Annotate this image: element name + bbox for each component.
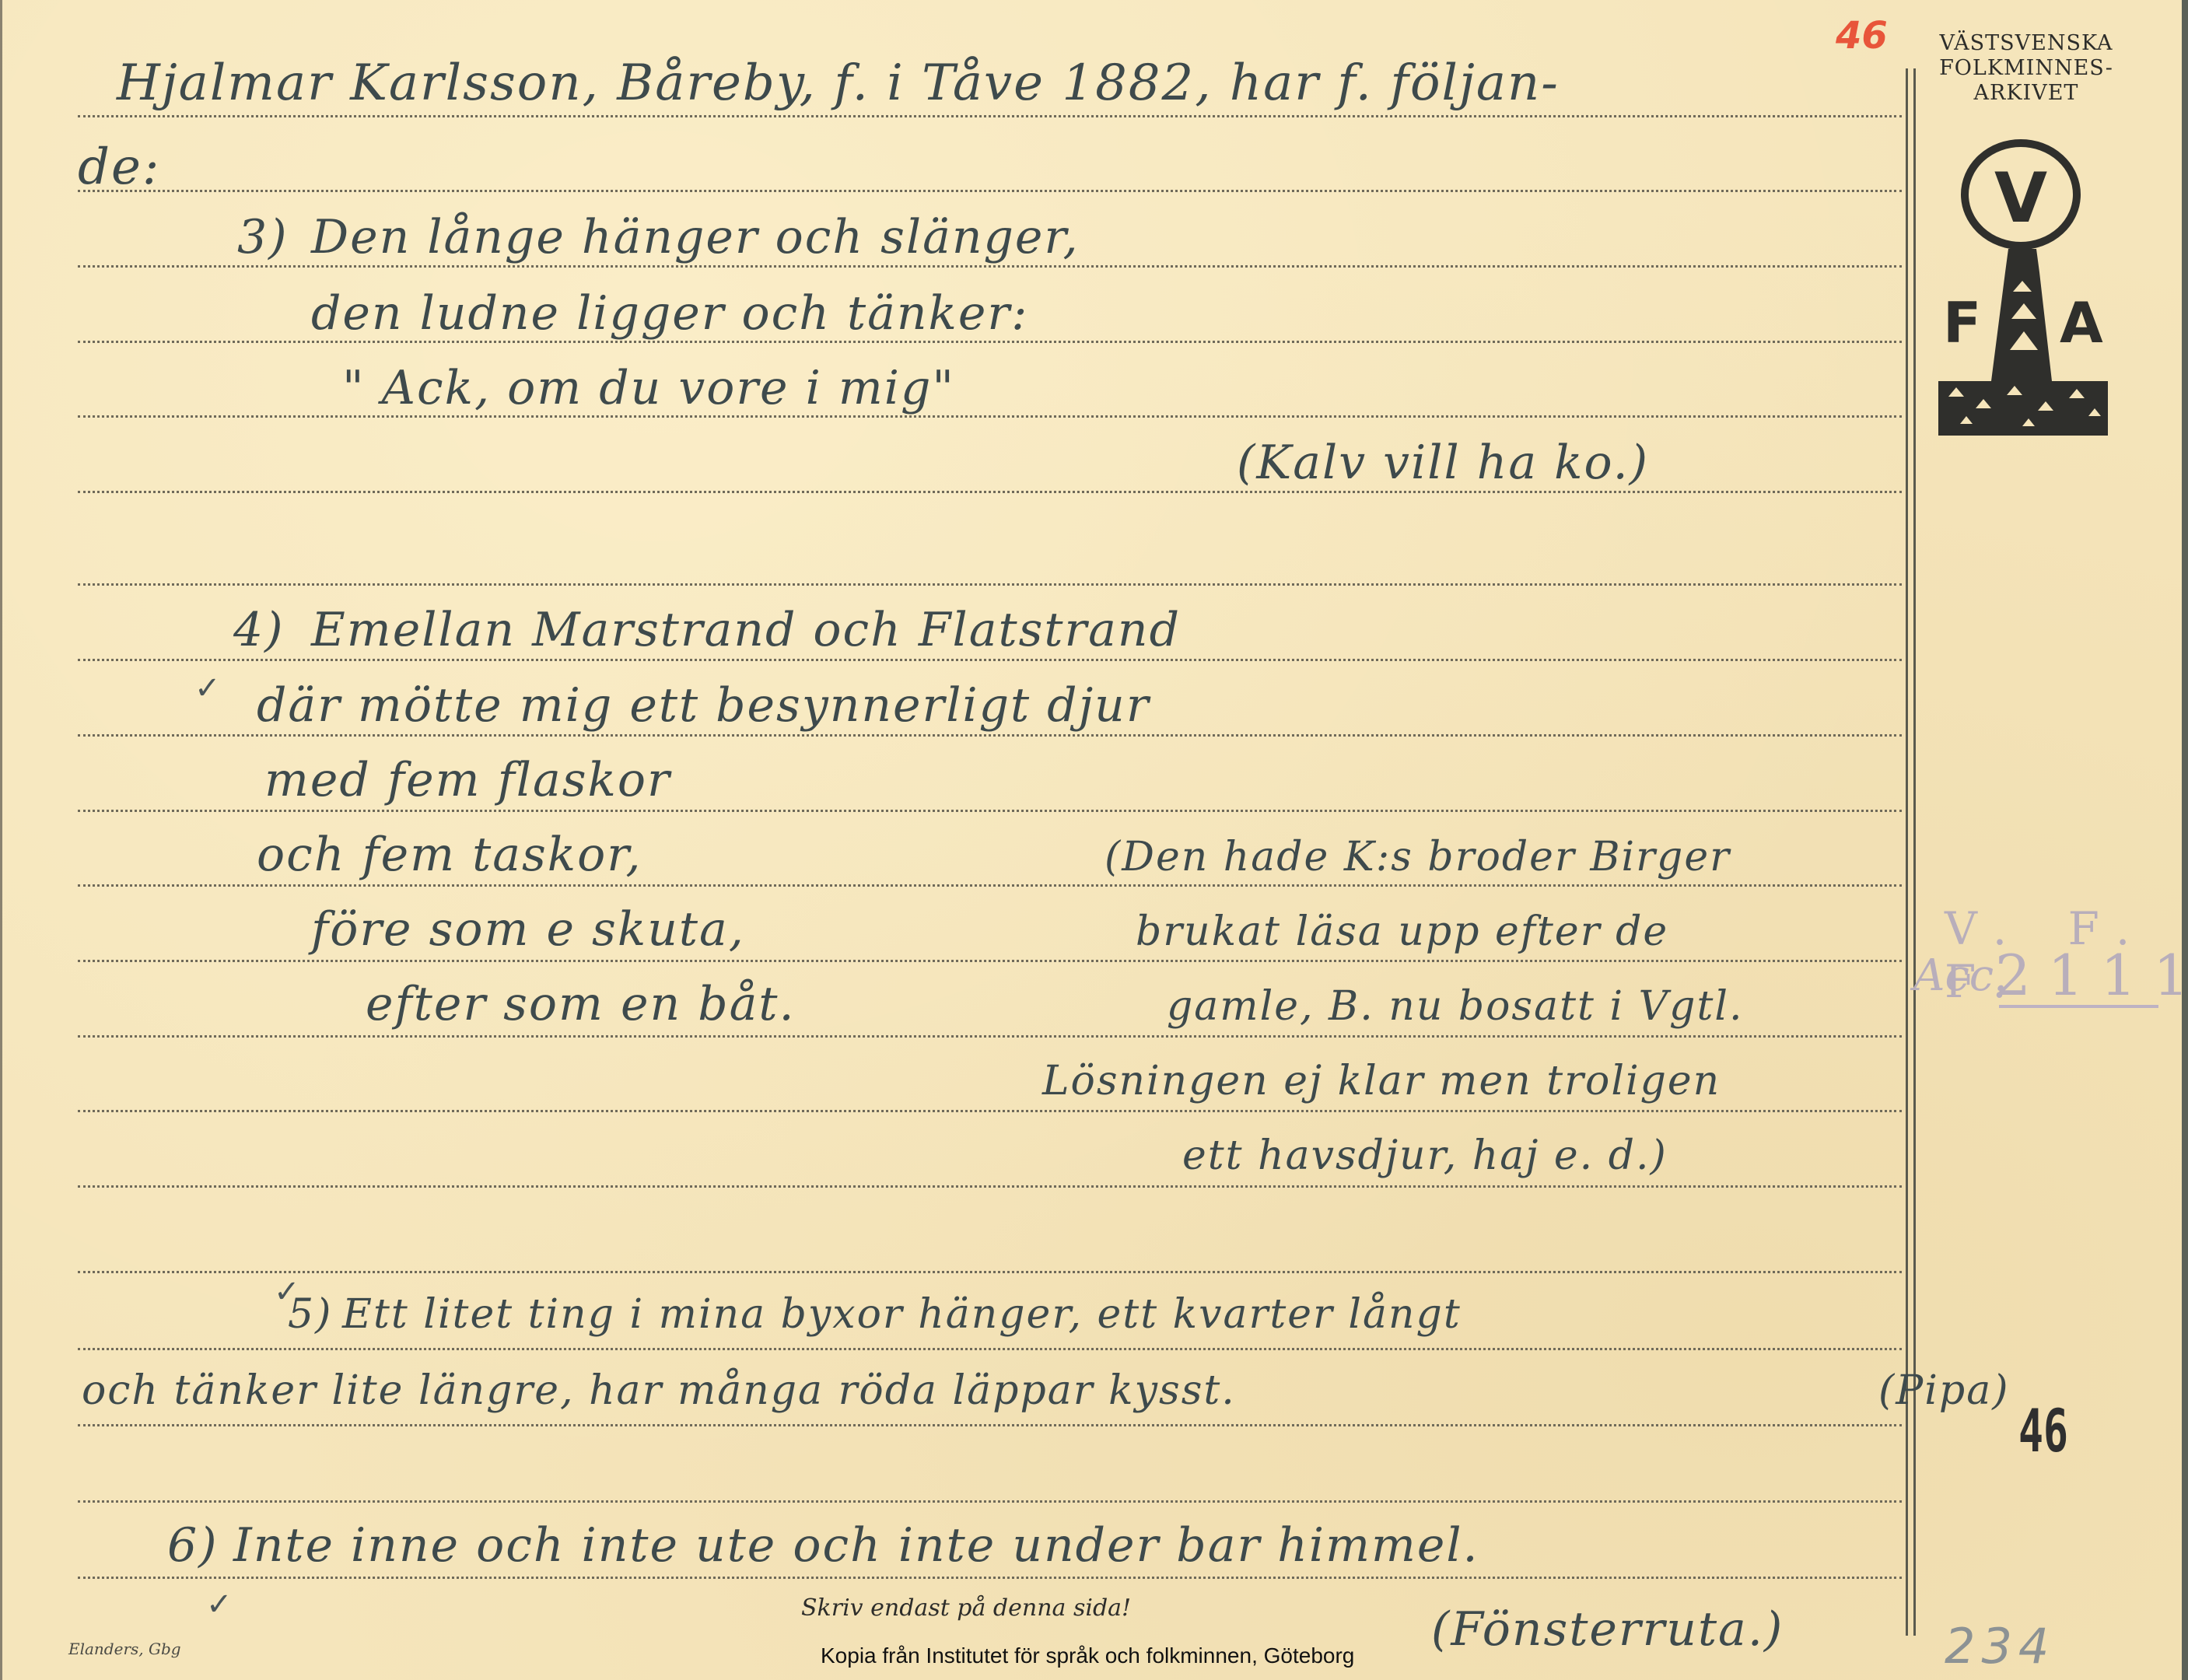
scan-edge-right <box>2182 0 2188 1680</box>
ruled-line <box>78 810 1902 812</box>
copy-notice: Kopia från Institutet för språk och folk… <box>821 1643 1354 1668</box>
entry-4-line: Emellan Marstrand och Flatstrand <box>311 603 1181 657</box>
stamp-underline <box>1999 1005 2158 1008</box>
archive-title-line: VÄSTSVENSKA <box>1929 31 2123 56</box>
stamp-prefix: Acc. <box>1913 950 2008 1001</box>
entry-4-note-line: (Den hade K:s broder Birger <box>1105 834 1731 880</box>
informant-line: Hjalmar Karlsson, Båreby, f. i Tåve 1882… <box>117 54 1560 112</box>
entry-3-line: " Ack, om du vore i mig" <box>342 361 955 415</box>
entry-4-note-line: ett havsdjur, haj e. d.) <box>1182 1132 1668 1179</box>
ruled-line <box>78 491 1902 493</box>
ruled-line <box>78 1500 1902 1503</box>
entry-4-line: före som e skuta, <box>311 902 745 957</box>
ruled-line <box>78 1424 1902 1426</box>
ruled-line <box>78 960 1902 962</box>
entry-3-line: Den långe hänger och slänger, <box>311 210 1080 264</box>
entry-3-number: 3) <box>237 210 289 264</box>
entry-4-number: 4) <box>233 603 285 657</box>
archive-title-line: FOLKMINNES- <box>1929 56 2123 81</box>
logo-letter-v: V <box>1994 158 2047 238</box>
printed-instruction: Skriv endast på denna sida! <box>801 1594 1131 1622</box>
red-page-number: 46 <box>1836 14 1888 58</box>
ruled-line <box>78 265 1902 268</box>
archive-title: VÄSTSVENSKA FOLKMINNES- ARKIVET <box>1929 31 2123 106</box>
ruled-line <box>78 115 1902 117</box>
archive-title-line: ARKIVET <box>1929 81 2123 106</box>
thors-hammer-logo-icon: V F A <box>1921 124 2123 443</box>
ruled-line <box>78 1577 1902 1579</box>
entry-5-answer: (Pipa) <box>1878 1367 2009 1414</box>
entry-4-note-line: Lösningen ej klar men troligen <box>1042 1058 1721 1104</box>
ruled-line <box>78 583 1902 586</box>
record-card: 46 VÄSTSVENSKA FOLKMINNES- ARKIVET V F A… <box>0 0 2188 1680</box>
entry-6-answer: (Fönsterruta.) <box>1431 1602 1784 1657</box>
logo-letter-f: F <box>1943 290 1981 355</box>
entry-5-line: och tänker lite längre, har många röda l… <box>82 1367 1236 1414</box>
stamp-accession-number: 2111 <box>1995 943 2188 1008</box>
ruled-line <box>78 1110 1902 1112</box>
ruled-line <box>78 415 1902 418</box>
entry-3-line: den ludne ligger och tänker: <box>311 286 1028 341</box>
ruled-line <box>78 1348 1902 1350</box>
accession-stamp: V. F. F. Acc. 2111 <box>1913 902 2162 1019</box>
printer-imprint: Elanders, Gbg <box>68 1640 181 1658</box>
informant-line-continued: de: <box>78 138 160 196</box>
stamped-page-number: 46 <box>2018 1396 2068 1465</box>
entry-4-line: där mötte mig ett besynnerligt djur <box>257 678 1150 733</box>
ruled-line <box>78 1035 1902 1038</box>
entry-4-note-line: brukat läsa upp efter de <box>1136 908 1668 955</box>
ruled-line <box>78 884 1902 887</box>
entry-6-line: Inte inne och inte ute och inte under ba… <box>233 1518 1479 1573</box>
ruled-line <box>78 1271 1902 1273</box>
pencil-page-number: 234 <box>1945 1618 2055 1675</box>
ruled-line <box>78 341 1902 343</box>
ruled-line <box>78 659 1902 661</box>
entry-6-number: 6) <box>167 1518 219 1573</box>
ruled-line <box>78 190 1902 192</box>
check-mark-icon: ✓ <box>206 1587 233 1622</box>
logo-letter-a: A <box>2060 290 2103 355</box>
entry-4-line: med fem flaskor <box>264 753 671 807</box>
check-mark-icon: ✓ <box>194 670 221 706</box>
entry-5-line: Ett litet ting i mina byxor hänger, ett … <box>342 1291 1462 1338</box>
entry-3-answer: (Kalv vill ha ko.) <box>1237 436 1649 490</box>
entry-4-note-line: gamle, B. nu bosatt i Vgtl. <box>1167 983 1744 1030</box>
ruled-line <box>78 734 1902 737</box>
check-mark-icon: ✓ <box>274 1274 300 1310</box>
entry-4-line: och fem taskor, <box>257 828 642 882</box>
entry-4-line: efter som en båt. <box>366 977 796 1031</box>
ruled-line <box>78 1185 1902 1188</box>
scan-edge-left <box>0 0 2 1680</box>
